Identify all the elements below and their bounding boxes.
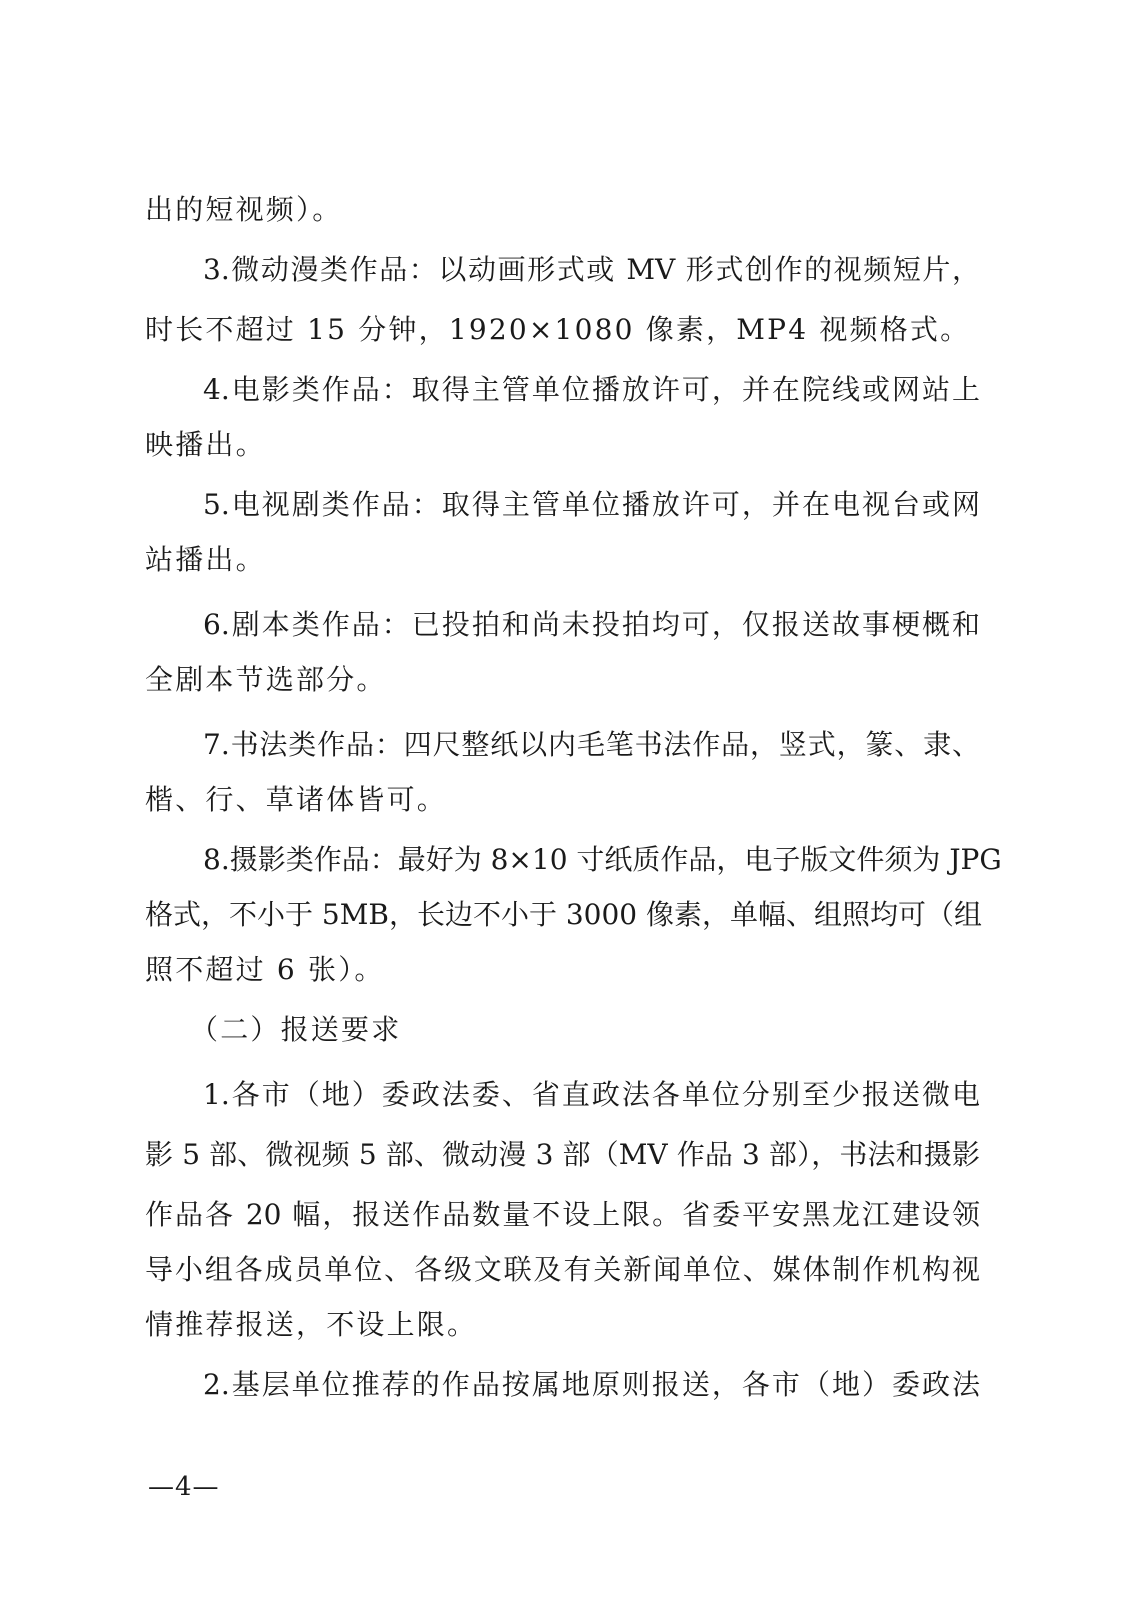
- text-line-20: 情推荐报送，不设上限。: [145, 1305, 980, 1345]
- text-line-21: 2.基层单位推荐的作品按属地原则报送，各市（地）委政法: [203, 1365, 980, 1405]
- text-line-8: 6.剧本类作品：已投拍和尚未投拍均可，仅报送故事梗概和: [203, 605, 980, 645]
- text-line-19: 导小组各成员单位、各级文联及有关新闻单位、媒体制作机构视: [145, 1250, 980, 1290]
- section-heading: （二）报送要求: [190, 1010, 967, 1050]
- text-line-17: 影 5 部、微视频 5 部、微动漫 3 部（MV 作品 3 部），书法和摄影: [145, 1135, 980, 1175]
- text-line-4: 4.电影类作品：取得主管单位播放许可，并在院线或网站上: [203, 370, 980, 410]
- text-line-14: 照不超过 6 张）。: [145, 950, 980, 990]
- text-line-9: 全剧本节选部分。: [145, 660, 980, 700]
- text-line-10: 7.书法类作品：四尺整纸以内毛笔书法作品，竖式，篆、隶、: [203, 725, 980, 765]
- text-line-6: 5.电视剧类作品：取得主管单位播放许可，并在电视台或网: [203, 485, 980, 525]
- text-line-11: 楷、行、草诸体皆可。: [145, 780, 980, 820]
- text-line-5: 映播出。: [145, 425, 980, 465]
- text-line-12: 8.摄影类作品：最好为 8×10 寸纸质作品，电子版文件须为 JPG: [203, 840, 980, 880]
- page-number: —4—: [148, 1470, 220, 1504]
- text-line-1: 出的短视频）。: [145, 190, 980, 230]
- text-line-7: 站播出。: [145, 540, 980, 580]
- text-line-13: 格式，不小于 5MB，长边不小于 3000 像素，单幅、组照均可（组: [145, 895, 980, 935]
- text-line-16: 1.各市（地）委政法委、省直政法各单位分别至少报送微电: [203, 1075, 980, 1115]
- text-line-18: 作品各 20 幅，报送作品数量不设上限。省委平安黑龙江建设领: [145, 1195, 980, 1235]
- text-line-2: 3.微动漫类作品：以动画形式或 MV 形式创作的视频短片，: [203, 250, 980, 290]
- text-line-3: 时长不超过 15 分钟，1920×1080 像素，MP4 视频格式。: [145, 310, 980, 350]
- document-page: 出的短视频）。 3.微动漫类作品：以动画形式或 MV 形式创作的视频短片， 时长…: [0, 0, 1131, 1600]
